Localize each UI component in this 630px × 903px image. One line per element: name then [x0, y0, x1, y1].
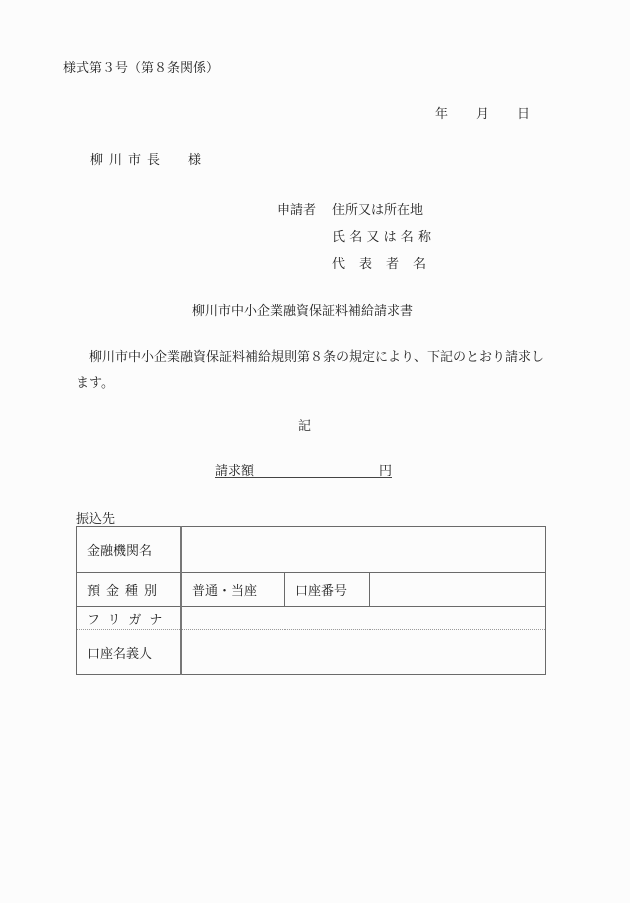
claim-amount-unit: 円 — [379, 460, 392, 479]
table-row-institution: 金融機関名 — [77, 527, 546, 573]
date-day-label: 日 — [517, 103, 530, 122]
furigana-field[interactable] — [181, 607, 546, 630]
addressee-honorific: 様 — [188, 153, 201, 168]
date-year-label: 年 — [435, 103, 448, 122]
document-title-wrapper: 柳川市中小企業融資保証料補給請求書 — [0, 300, 630, 319]
account-holder-label: 口座名義人 — [77, 630, 182, 675]
table-row-account-holder: 口座名義人 — [77, 630, 546, 675]
addressee-name: 柳川市長 — [90, 153, 166, 168]
ki-heading: 記 — [298, 415, 311, 434]
applicant-address-label: 住所又は所在地 — [332, 199, 423, 218]
institution-label: 金融機関名 — [77, 527, 182, 573]
bank-transfer-heading: 振込先 — [76, 508, 115, 527]
account-number-label: 口座番号 — [285, 573, 370, 607]
account-holder-field[interactable] — [181, 630, 546, 675]
applicant-representative-label: 代表者名 — [332, 253, 440, 272]
claim-amount-line[interactable]: 請求額 円 — [215, 460, 392, 478]
furigana-label: フリガナ — [77, 607, 182, 630]
document-title: 柳川市中小企業融資保証料補給請求書 — [192, 300, 413, 319]
claim-amount-label: 請求額 — [215, 460, 254, 479]
addressee: 柳川市長様 — [90, 149, 201, 168]
date-month-label: 月 — [476, 103, 489, 122]
institution-field[interactable] — [181, 527, 546, 573]
deposit-type-options[interactable]: 普通・当座 — [181, 573, 285, 607]
table-row-furigana: フリガナ — [77, 607, 546, 630]
applicant-label: 申請者 — [277, 199, 316, 218]
date-line: 年月日 — [435, 103, 530, 122]
body-text: 柳川市中小企業融資保証料補給規則第８条の規定により、下記のとおり請求します。 — [76, 345, 552, 397]
table-row-deposit-type: 預金種別 普通・当座 口座番号 — [77, 573, 546, 607]
deposit-type-label: 預金種別 — [77, 573, 182, 607]
applicant-name-label: 氏名又は名称 — [332, 226, 435, 245]
account-number-field[interactable] — [370, 573, 546, 607]
form-number: 様式第３号（第８条関係） — [63, 57, 219, 76]
bank-transfer-table: 金融機関名 預金種別 普通・当座 口座番号 フリガナ 口座名義人 — [76, 526, 546, 675]
